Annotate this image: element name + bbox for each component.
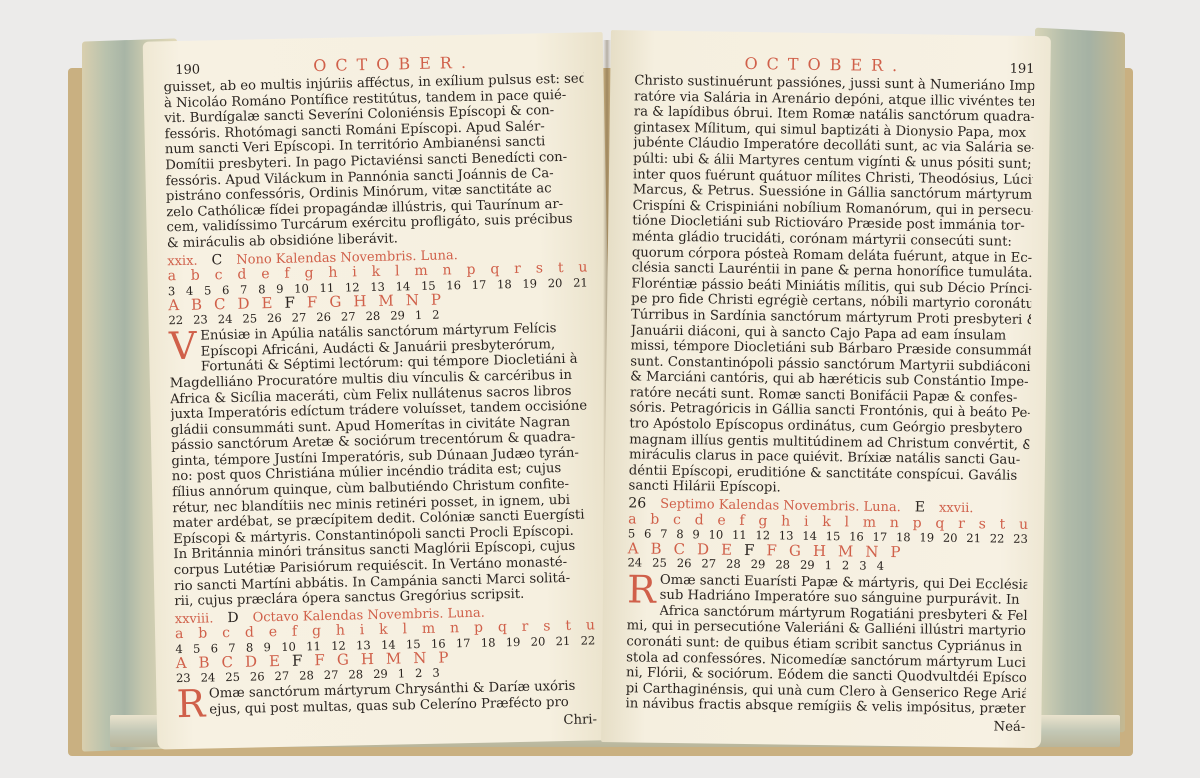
opening-text: Christo sustinuérunt passiónes, jussi su… [628,73,1034,500]
cal-cell: D [237,297,249,312]
cal-cell: t [565,619,571,634]
cal-cell: m [422,622,436,637]
cal-cell: 3 [432,666,440,681]
cal-cell: u [578,261,587,276]
cal-cell: t [1000,517,1006,532]
cal-cell: 28 [726,557,741,572]
cal-cell: F [292,654,303,669]
cal-cell: 20 [943,531,958,546]
martyrology-entry: R Omæ sancti Euarísti Papæ & mártyris, q… [625,572,1027,718]
cal-cell: u [586,619,595,634]
cal-cell: N [406,293,419,308]
cal-cell: 5 [204,283,212,298]
cal-cell: 25 [225,670,240,685]
cal-cell: q [935,516,944,531]
page-number: 191 [1010,62,1035,78]
cal-cell: F [307,295,318,310]
cal-cell: g [758,514,767,529]
month-heading: OCTOBER. [313,55,475,74]
cal-cell: 26 [250,669,265,684]
cal-cell: A [176,656,187,671]
cal-cell: k [822,515,831,530]
cal-cell: M [386,652,402,667]
cal-cell: N [413,651,426,666]
cal-cell: F [314,653,325,668]
lunar-table: abcdefghiklmnpqrstu345678910111213141516… [167,261,588,328]
cal-cell: h [328,266,337,281]
cal-cell: d [695,513,704,528]
cal-cell: 20 [531,634,546,649]
cal-cell: M [378,294,394,309]
cal-cell: e [717,513,725,528]
cal-cell: 28 [775,558,790,573]
dominical-letter: D [227,611,239,627]
cal-cell: 27 [292,310,307,325]
cal-cell: 20 [548,276,563,291]
cal-cell: u [1019,517,1028,532]
cal-cell: G [337,653,349,668]
cal-cell: H [813,544,826,559]
cal-cell: G [789,543,801,558]
cal-cell: k [379,623,388,638]
cal-cell: B [198,656,209,671]
cal-cell: e [261,267,270,282]
cal-cell: i [352,265,357,280]
cal-cell: s [979,517,986,532]
cal-cell: C [674,542,686,557]
cal-cell: n [890,516,899,531]
cal-cell: 18 [497,277,512,292]
dominical-letter: E [915,500,925,516]
cal-cell: l [395,265,400,280]
cal-cell: a [175,627,184,642]
cal-cell: 6 [211,641,219,656]
right-page-content: OCTOBER. 191 Christo sustinuérunt passió… [625,54,1034,735]
cal-cell: c [673,513,681,528]
cal-cell: 2 [842,558,850,573]
cal-cell: D [697,542,709,557]
cal-cell: 29 [373,667,388,682]
cal-cell: D [245,655,257,670]
right-page: OCTOBER. 191 Christo sustinuérunt passió… [601,30,1051,748]
cal-cell: n [450,622,459,637]
drop-cap: R [176,688,205,721]
drop-cap: R [627,573,656,605]
cal-cell: b [650,512,659,527]
cal-cell: a [167,269,176,284]
cal-cell: f [739,514,744,529]
cal-cell: 21 [573,275,588,290]
cal-cell: g [304,266,313,281]
cal-cell: 28 [299,668,314,683]
cal-cell: 25 [242,311,257,326]
cal-cell: m [863,515,876,530]
cal-cell: 2 [432,307,440,322]
cal-cell: g [312,625,321,640]
cal-cell: e [269,625,278,640]
cal-cell: A [168,298,179,313]
cal-cell: 29 [390,308,405,323]
cal-cell: 17 [456,636,471,651]
cal-cell: b [191,269,200,284]
cal-cell: h [336,624,345,639]
cal-cell: d [237,268,246,283]
cal-cell: G [329,295,341,310]
page-number: 190 [175,63,200,79]
cal-cell: 26 [267,310,282,325]
roman-numeral: xxvii. [939,501,974,517]
cal-cell: n [442,263,451,278]
cal-cell: f [284,267,289,282]
cal-cell: 19 [522,276,537,291]
cal-cell: i [360,624,365,639]
cal-cell: P [890,545,900,560]
top-number: 26 [628,496,646,512]
cal-cell: B [191,298,202,313]
cal-cell: 29 [751,557,766,572]
cal-cell: r [958,517,965,532]
cal-cell: 22 [580,633,595,648]
cal-cell: q [490,262,499,277]
cal-cell: s [536,262,543,277]
cal-cell: C [221,655,233,670]
cal-cell: d [245,626,254,641]
cal-cell: P [431,293,441,308]
lunar-table: abcdefghiklmnpqrstu567891011121314151617… [627,512,1028,576]
dominical-letter: C [211,253,222,269]
cal-cell: 16 [446,278,461,293]
cal-cell: l [844,515,849,530]
cal-cell: M [838,544,854,559]
cal-cell: r [522,620,529,635]
entry-text: Enúsiæ in Apúlia natális sanctórum márty… [169,321,595,610]
cal-cell: 27 [274,669,289,684]
cal-cell: c [222,626,230,641]
cal-cell: 17 [472,277,487,292]
catchword: Neá- [625,714,1025,735]
cal-cell: 1 [825,558,833,573]
cal-cell: F [284,296,295,311]
cal-cell: 1 [415,308,423,323]
cal-cell: H [353,294,366,309]
entry-text: Omæ sancti Euarísti Papæ & mártyris, qui… [625,572,1027,718]
cal-cell: E [269,654,280,669]
cal-cell: E [721,542,732,557]
cal-cell: B [650,541,661,556]
cal-cell: f [292,625,297,640]
cal-cell: E [261,296,272,311]
cal-cell: i [804,514,809,529]
cal-cell: 26 [316,309,331,324]
cal-cell: p [913,516,922,531]
cal-cell: F [744,543,755,558]
cal-cell: l [402,623,407,638]
cal-cell: k [372,265,381,280]
roman-numeral: xxviii. [175,611,214,627]
cal-cell: 28 [365,308,380,323]
cal-cell: b [198,627,207,642]
opening-text: guisset, ab eo multis injúriis afféctus,… [163,71,587,251]
cal-cell: C [214,297,226,312]
cal-cell: P [438,651,448,666]
cal-cell: 28 [348,667,363,682]
cal-cell: H [361,652,374,667]
cal-cell: q [498,621,507,636]
cal-cell: p [474,621,483,636]
cal-cell: 21 [966,531,981,546]
left-page-content: 190 OCTOBER. guisset, ab eo multis injúr… [163,52,597,736]
cal-cell: 27 [324,668,339,683]
left-page: 190 OCTOBER. guisset, ab eo multis injúr… [143,32,618,749]
cal-cell: r [514,262,521,277]
cal-cell: N [865,544,878,559]
cal-cell: 3 [859,559,867,574]
cal-cell: c [215,268,223,283]
drop-cap: V [169,330,197,363]
cal-cell: 2 [415,666,423,681]
cal-cell: 19 [506,635,521,650]
cal-cell: p [466,263,475,278]
cal-cell: 4 [877,559,885,574]
cal-cell: 18 [481,635,496,650]
martyrology-entry: V Enúsiæ in Apúlia natális sanctórum már… [169,321,595,610]
cal-cell: 22 [990,531,1005,546]
cal-cell: m [414,264,428,279]
cal-cell: 1 [398,666,406,681]
cal-cell: s [543,620,550,635]
cal-cell: A [628,541,639,556]
cal-cell: 19 [919,531,934,546]
cal-cell: t [558,261,564,276]
cal-cell: 26 [677,556,692,571]
cal-cell: F [766,543,777,558]
cal-cell: h [781,514,790,529]
lunar-table: abcdefghiklmnpqrstu456789101112131415161… [175,619,596,686]
cal-cell: 27 [341,309,356,324]
cal-cell: 29 [800,558,815,573]
month-heading: OCTOBER. [744,56,906,74]
cal-cell: 27 [701,556,716,571]
cal-cell: 21 [556,634,571,649]
cal-cell: 23 [1013,532,1028,547]
cal-cell: 9 [276,281,284,296]
cal-cell: a [628,512,637,527]
cal-cell: 24 [218,312,233,327]
